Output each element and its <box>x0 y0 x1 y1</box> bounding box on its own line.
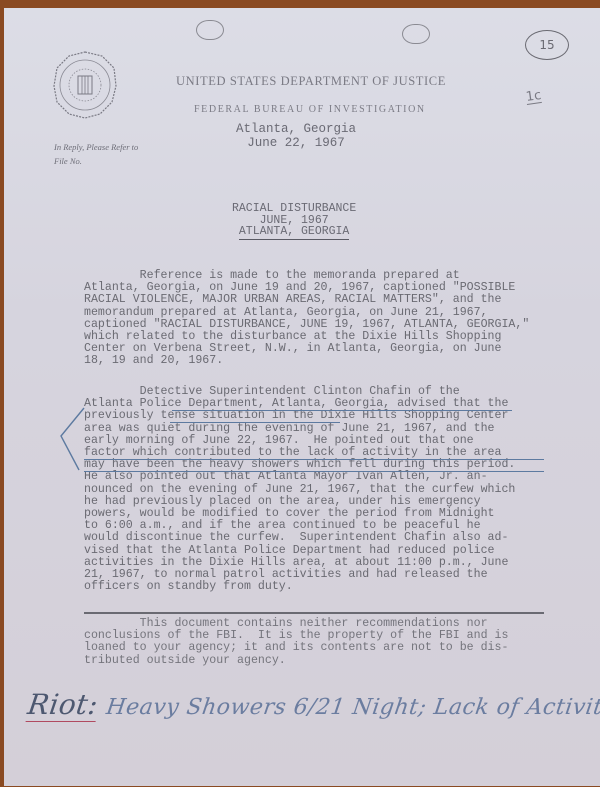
handwritten-prefix: Riot: <box>26 688 101 722</box>
bureau-heading: FEDERAL BUREAU OF INVESTIGATION <box>194 104 426 115</box>
document-title: RACIAL DISTURBANCE JUNE, 1967 ATLANTA, G… <box>232 203 356 238</box>
handwritten-note: Riot: Heavy Showers 6/21 Night; Lack of … <box>26 688 600 721</box>
department-heading: UNITED STATES DEPARTMENT OF JUSTICE <box>176 74 446 89</box>
pen-underline <box>172 410 512 411</box>
city: Atlanta, Georgia <box>236 122 356 136</box>
divider-line <box>84 612 544 614</box>
pen-underline <box>84 459 544 460</box>
corner-mark: 1c <box>525 89 542 105</box>
title-line1: RACIAL DISTURBANCE <box>232 203 356 215</box>
pen-underline <box>84 471 544 472</box>
circled-page-number: 15 <box>525 30 569 60</box>
title-line3: ATLANTA, GEORGIA <box>239 225 349 240</box>
pen-bracket-mark <box>4 8 104 508</box>
handwritten-text: Heavy Showers 6/21 Night; Lack of Activi… <box>105 695 600 720</box>
reference-paragraph: Reference is made to the memoranda prepa… <box>84 270 584 368</box>
disclaimer-paragraph: This document contains neither recommend… <box>84 618 584 667</box>
punch-hole <box>402 24 430 44</box>
punch-hole <box>196 20 224 40</box>
pen-underline <box>170 422 340 423</box>
report-paragraph: Detective Superintendent Clinton Chafin … <box>84 386 584 593</box>
location-date: Atlanta, Georgia June 22, 1967 <box>236 122 356 150</box>
document-page: In Reply, Please Refer to File No. UNITE… <box>4 8 600 786</box>
date: June 22, 1967 <box>236 136 356 150</box>
